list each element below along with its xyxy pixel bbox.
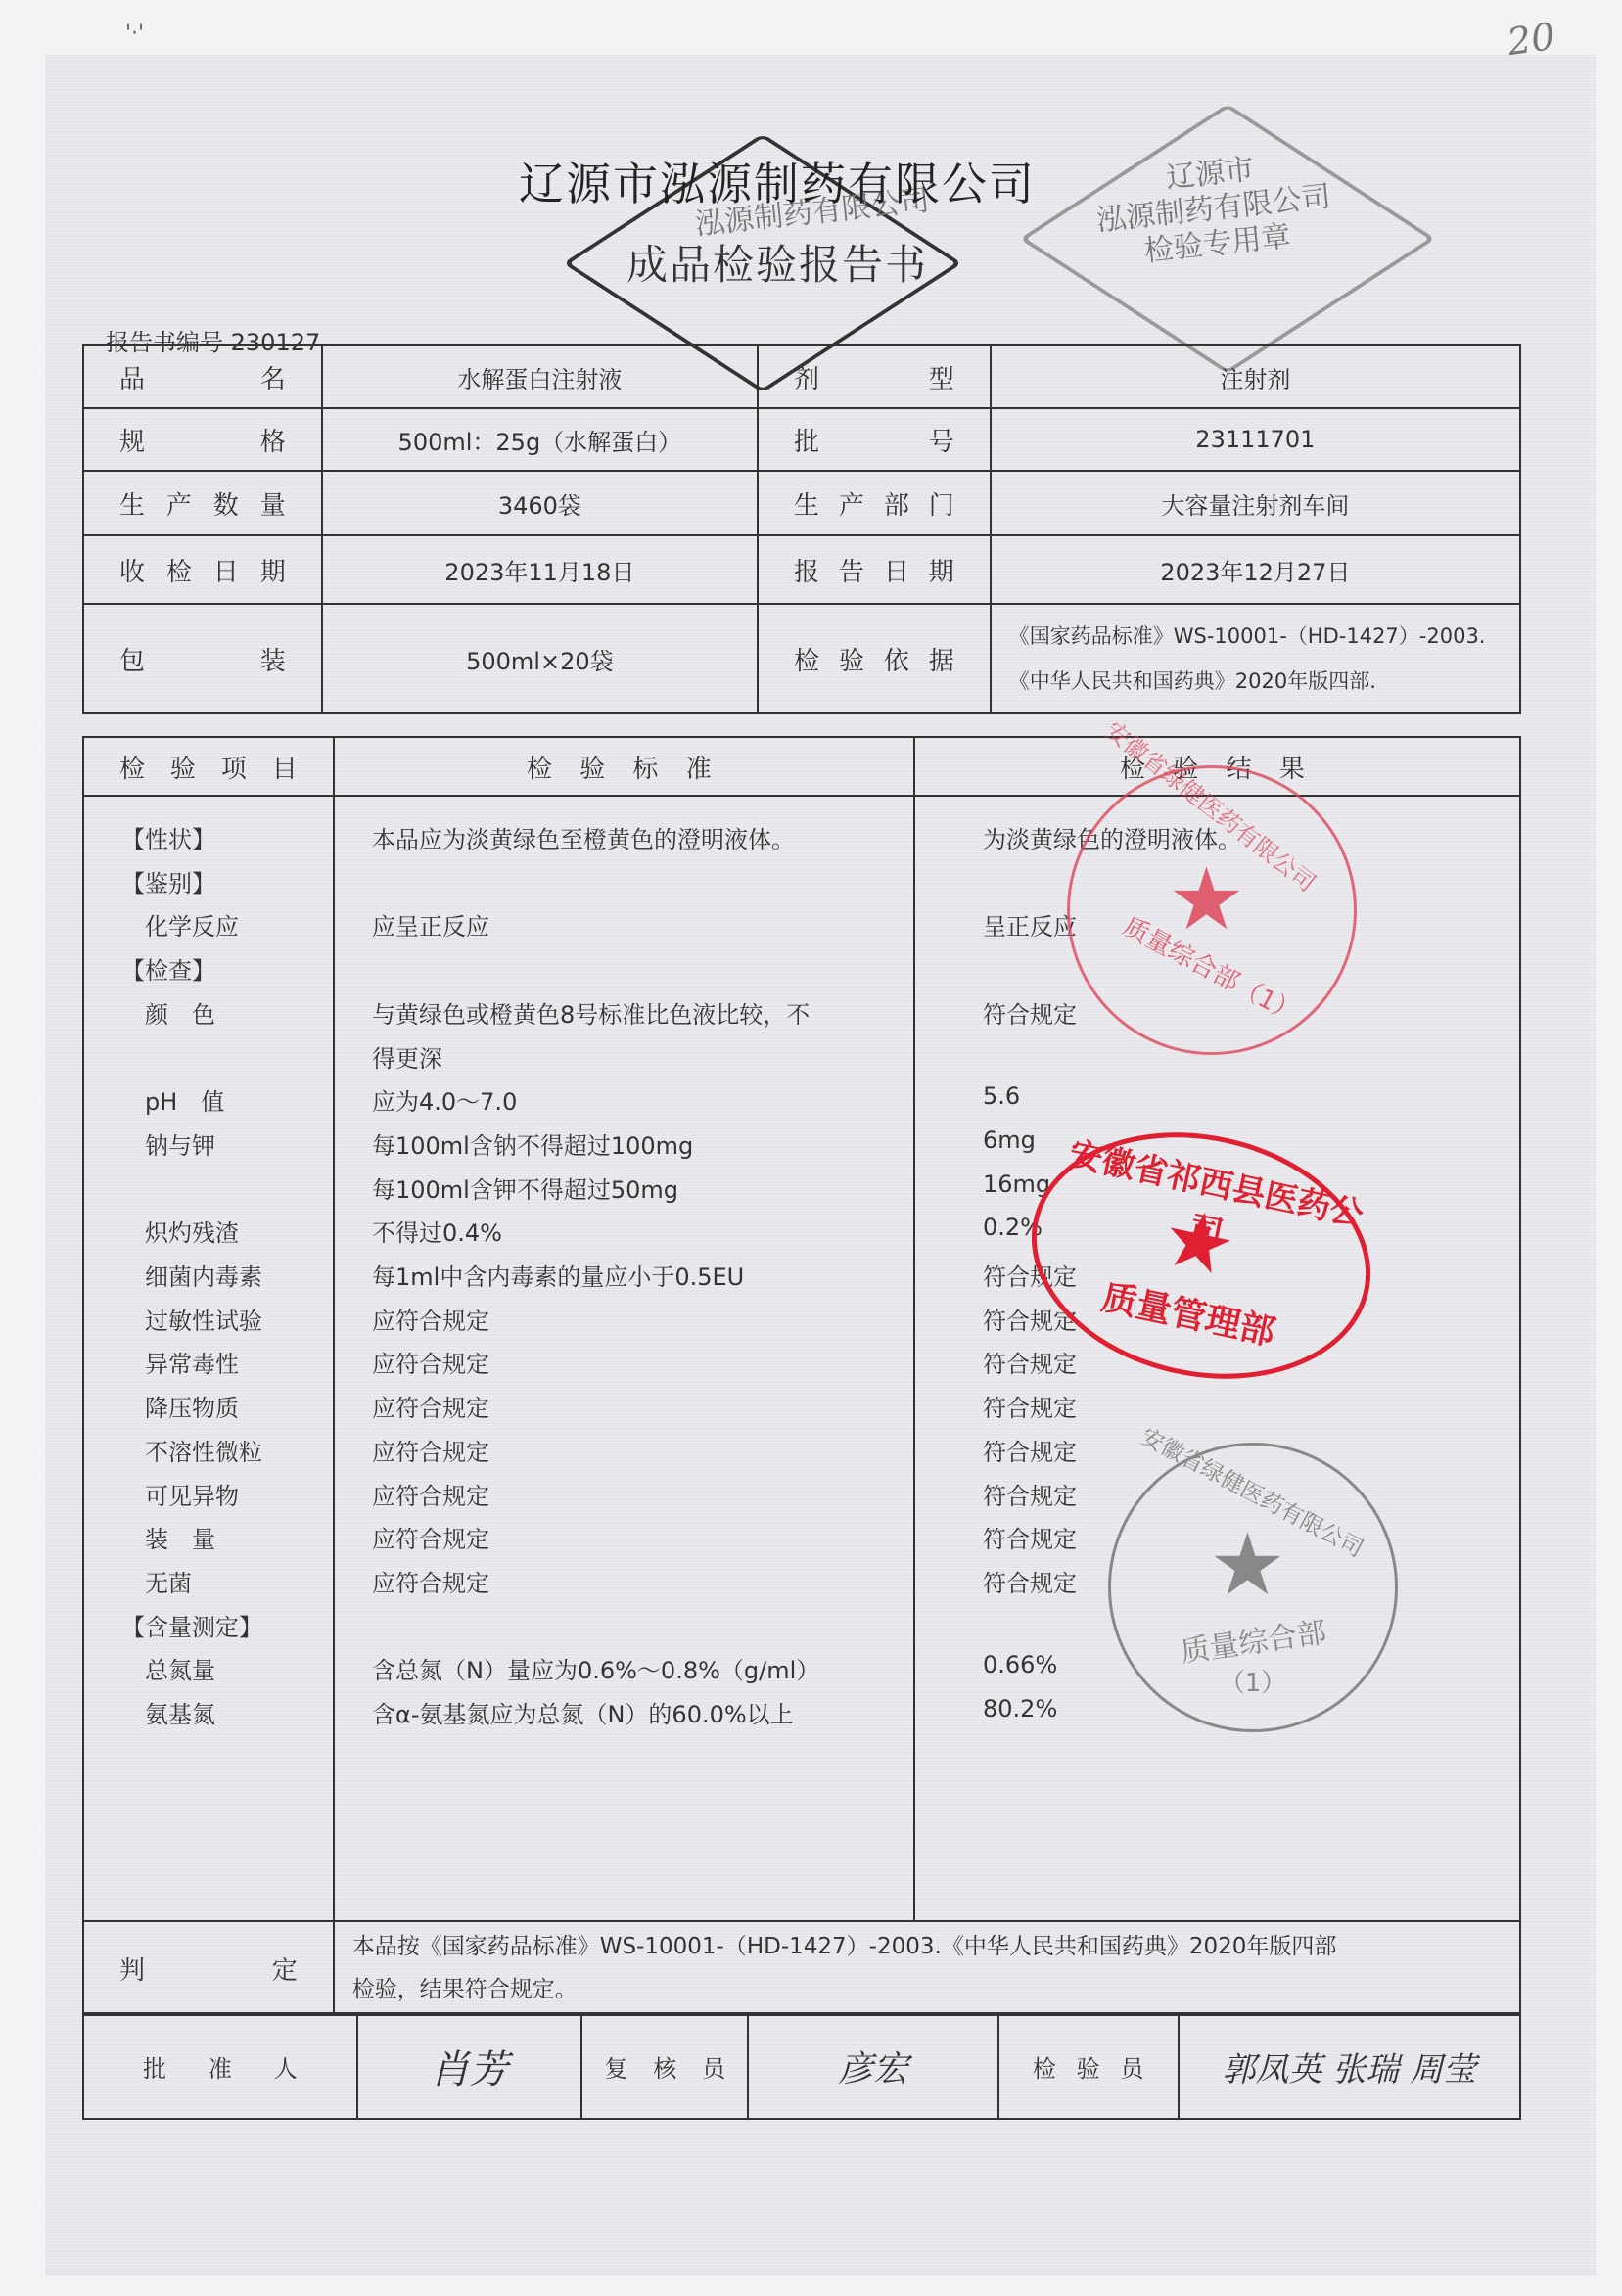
inspection-standard: 应符合规定 xyxy=(372,1433,489,1467)
inspection-standard: 应符合规定 xyxy=(372,1520,489,1554)
inspection-item: 炽灼残渣 xyxy=(145,1214,239,1248)
reviewer-signature: 彦宏 xyxy=(748,2013,998,2119)
inspection-item: 细菌内毒素 xyxy=(145,1258,262,1292)
spec-label: 规格 xyxy=(83,408,322,471)
packaging-label: 包装 xyxy=(83,604,322,713)
inspection-item: 总氮量 xyxy=(145,1651,215,1685)
corner-scribble: '·' xyxy=(125,22,144,46)
inspection-item: 钠与钾 xyxy=(145,1126,215,1161)
inspection-standard: 应符合规定 xyxy=(372,1345,489,1379)
inspection-item: 化学反应 xyxy=(145,907,239,941)
inspection-standard: 含总氮（N）量应为0.6%～0.8%（g/ml） xyxy=(372,1651,819,1685)
batch-label: 批号 xyxy=(758,408,991,471)
inspection-result: 符合规定 xyxy=(983,995,1077,1030)
conclusion-line-2: 检验，结果符合规定。 xyxy=(352,1968,1519,2011)
quantity-value: 3460袋 xyxy=(322,471,758,535)
inspection-item: 可见异物 xyxy=(145,1477,239,1511)
conclusion-text: 本品按《国家药品标准》WS-10001-（HD-1427）-2003.《中华人民… xyxy=(334,1921,1520,2015)
product-info-table: 品名 水解蛋白注射液 剂型 注射剂 规格 500ml：25g（水解蛋白） 批号 … xyxy=(82,344,1521,714)
gray-stamp-lower-star-icon: ★ xyxy=(1209,1514,1286,1615)
inspection-standard: 得更深 xyxy=(372,1039,442,1074)
inspection-standard: 不得过0.4% xyxy=(372,1214,502,1248)
inspection-standard: 应符合规定 xyxy=(372,1477,489,1511)
batch-value: 23111701 xyxy=(991,408,1520,471)
inspection-item: 降压物质 xyxy=(145,1389,239,1423)
inspection-standard: 每1ml中含内毒素的量应小于0.5EU xyxy=(372,1258,744,1292)
inspection-item: 【检查】 xyxy=(121,951,215,986)
inspection-standard: 应符合规定 xyxy=(372,1302,489,1336)
basis-label: 检验依据 xyxy=(758,604,991,713)
inspection-result: 符合规定 xyxy=(983,1477,1077,1511)
product-name-label: 品名 xyxy=(83,345,322,408)
inspection-item: 【鉴别】 xyxy=(121,864,215,898)
receive-date-label: 收检日期 xyxy=(83,535,322,604)
inspection-result: 符合规定 xyxy=(983,1564,1077,1598)
inspection-standard: 每100ml含钠不得超过100mg xyxy=(372,1126,693,1161)
basis-value: 《国家药品标准》WS-10001-（HD-1427）-2003. 《中华人民共和… xyxy=(991,604,1520,713)
report-date-label: 报告日期 xyxy=(758,535,991,604)
packaging-value: 500ml×20袋 xyxy=(322,604,758,713)
col-item-header: 检验项目 xyxy=(83,737,334,796)
inspector-label: 检验员 xyxy=(998,2013,1179,2119)
dosage-form-label: 剂型 xyxy=(758,345,991,408)
inspection-standard: 应呈正反应 xyxy=(372,907,489,941)
inspection-result: 符合规定 xyxy=(983,1520,1077,1554)
inspection-item: 不溶性微粒 xyxy=(145,1433,262,1467)
inspection-standard: 应符合规定 xyxy=(372,1564,489,1598)
inspection-item: 颜 色 xyxy=(145,995,215,1030)
basis-line-1: 《国家药品标准》WS-10001-（HD-1427）-2003. xyxy=(1009,614,1519,659)
inspection-result: 符合规定 xyxy=(983,1345,1077,1379)
inspection-item: pH 值 xyxy=(145,1082,224,1117)
conclusion-line-1: 本品按《国家药品标准》WS-10001-（HD-1427）-2003.《中华人民… xyxy=(352,1925,1519,1968)
quantity-label: 生产数量 xyxy=(83,471,322,535)
report-title: 成品检验报告书 xyxy=(626,233,928,292)
inspection-item: 【性状】 xyxy=(121,820,215,854)
inspection-result: 符合规定 xyxy=(983,1433,1077,1467)
conclusion-label: 判定 xyxy=(83,1921,334,2015)
inspection-item: 【含量测定】 xyxy=(121,1608,262,1642)
basis-line-2: 《中华人民共和国药典》2020年版四部. xyxy=(1009,659,1519,704)
inspection-result: 5.6 xyxy=(983,1082,1020,1110)
inspection-standard: 应为4.0～7.0 xyxy=(372,1082,517,1117)
approver-label: 批准人 xyxy=(83,2013,357,2119)
report-date-value: 2023年12月27日 xyxy=(991,535,1520,604)
inspection-item: 氨基氮 xyxy=(145,1695,215,1729)
red-stamp-upper: ★ 质量综合部（1） 安徽省绿健医药有限公司 xyxy=(1067,765,1357,1055)
inspection-standard: 含α-氨基氮应为总氮（N）的60.0%以上 xyxy=(372,1695,794,1729)
approver-signature: 肖芳 xyxy=(357,2013,582,2119)
inspection-result: 0.66% xyxy=(983,1651,1057,1678)
reviewer-label: 复核员 xyxy=(581,2013,748,2119)
department-value: 大容量注射剂车间 xyxy=(991,471,1520,535)
gray-stamp-lower: ★ 安徽省绿健医药有限公司 质量综合部 （1） xyxy=(1108,1443,1398,1732)
department-label: 生产部门 xyxy=(758,471,991,535)
inspection-standard: 本品应为淡黄绿色至橙黄色的澄明液体。 xyxy=(372,820,795,854)
inspection-item: 异常毒性 xyxy=(145,1345,239,1379)
inspection-result: 呈正反应 xyxy=(983,907,1077,941)
product-name-value: 水解蛋白注射液 xyxy=(322,345,758,408)
gray-stamp-lower-sub: （1） xyxy=(1140,1663,1366,1699)
inspection-standard: 每100ml含钾不得超过50mg xyxy=(372,1171,678,1205)
inspection-result: 符合规定 xyxy=(983,1389,1077,1423)
company-title: 辽源市泓源制药有限公司 xyxy=(519,149,1036,213)
inspection-standard: 应符合规定 xyxy=(372,1389,489,1423)
inspection-result: 80.2% xyxy=(983,1695,1057,1722)
signature-table: 批准人 肖芳 复核员 彦宏 检验员 郭凤英 张瑞 周莹 xyxy=(82,2012,1521,2120)
col-standard-header: 检 验 标 准 xyxy=(334,737,914,796)
inspector-signatures: 郭凤英 张瑞 周莹 xyxy=(1179,2013,1520,2119)
inspection-result: 6mg xyxy=(983,1126,1036,1154)
inspection-standard: 与黄绿色或橙黄色8号标准比色液比较，不 xyxy=(372,995,810,1030)
inspection-item: 无菌 xyxy=(145,1564,192,1598)
inspection-item: 装 量 xyxy=(145,1520,215,1554)
spec-value: 500ml：25g（水解蛋白） xyxy=(322,408,758,471)
page-number-mark: 20 xyxy=(1505,15,1557,64)
dosage-form-value: 注射剂 xyxy=(991,345,1520,408)
receive-date-value: 2023年11月18日 xyxy=(322,535,758,604)
inspection-item: 过敏性试验 xyxy=(145,1302,262,1336)
inspection-result: 16mg xyxy=(983,1171,1050,1198)
